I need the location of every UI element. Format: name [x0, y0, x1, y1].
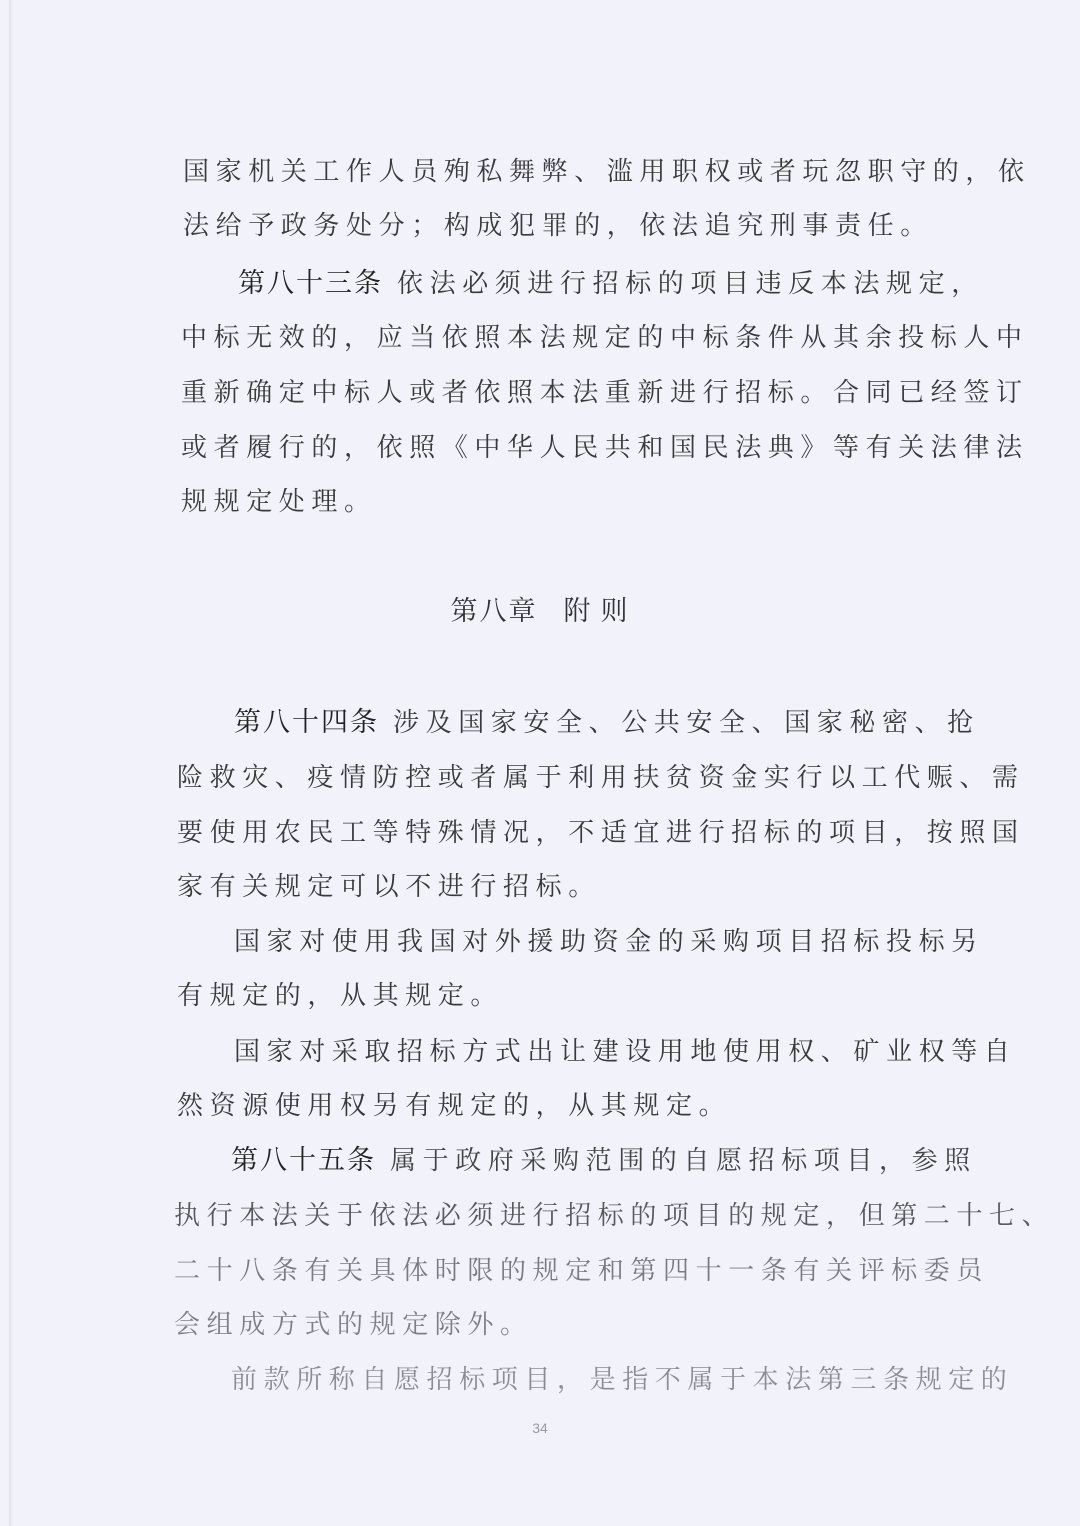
article-84-first-line: 第八十四条涉及国家安全、公共安全、国家秘密、抢: [234, 707, 980, 739]
text-line: 要使用农民工等特殊情况，不适宜进行招标的项目，按照国: [177, 817, 1025, 849]
page-number: 34: [0, 1420, 1080, 1436]
text-line: 会组成方式的规定除外。: [174, 1309, 533, 1341]
chapter-title-1: 附: [564, 596, 593, 627]
text-line: 执行本法关于依法必须进行招标的项目的规定，但第二十七、: [174, 1200, 1054, 1232]
chapter-heading: 第八章附则: [0, 595, 1080, 629]
text-line: 或者履行的，依照《中华人民共和国民法典》等有关法律法: [181, 432, 1029, 464]
text-line: 前款所称自愿招标项目，是指不属于本法第三条规定的: [231, 1364, 1013, 1396]
article-83-text: 依法必须进行招标的项目违反本法规定，: [397, 269, 984, 299]
article-85-first-line: 第八十五条属于政府采购范围的自愿招标项目，参照: [231, 1145, 977, 1177]
chapter-number: 第八章: [451, 596, 538, 627]
article-84-text: 涉及国家安全、公共安全、国家秘密、抢: [393, 708, 980, 738]
article-84-number: 第八十四条: [234, 707, 379, 738]
text-line: 重新确定中标人或者依照本法重新进行招标。合同已经签订: [181, 377, 1029, 409]
text-line: 然资源使用权另有规定的，从其规定。: [177, 1090, 731, 1122]
text-line: 规规定处理。: [181, 486, 377, 518]
article-83-first-line: 第八十三条依法必须进行招标的项目违反本法规定，: [238, 268, 984, 300]
text-line: 二十八条有关具体时限的规定和第四十一条有关评标委员: [174, 1255, 989, 1287]
article-83-number: 第八十三条: [238, 268, 383, 299]
article-85-number: 第八十五条: [231, 1145, 376, 1176]
document-page: 国家机关工作人员殉私舞弊、滥用职权或者玩忽职守的，依 法给予政务处分；构成犯罪的…: [0, 0, 1080, 1526]
text-line: 险救灾、疫情防控或者属于利用扶贫资金实行以工代赈、需: [177, 762, 1025, 794]
text-line: 家有关规定可以不进行招标。: [177, 871, 601, 903]
text-line: 国家对使用我国对外援助资金的采购项目招标投标另: [234, 926, 984, 958]
text-line: 有规定的，从其规定。: [177, 980, 503, 1012]
text-line: 法给予政务处分；构成犯罪的，依法追究刑事责任。: [183, 210, 933, 242]
chapter-title-2: 则: [601, 596, 630, 627]
article-85-text: 属于政府采购范围的自愿招标项目，参照: [390, 1146, 977, 1176]
text-line: 国家对采取招标方式出让建设用地使用权、矿业权等自: [234, 1036, 1016, 1068]
text-line: 中标无效的，应当依照本法规定的中标条件从其余投标人中: [181, 322, 1029, 354]
text-line: 国家机关工作人员殉私舞弊、滥用职权或者玩忽职守的，依: [183, 156, 1031, 188]
